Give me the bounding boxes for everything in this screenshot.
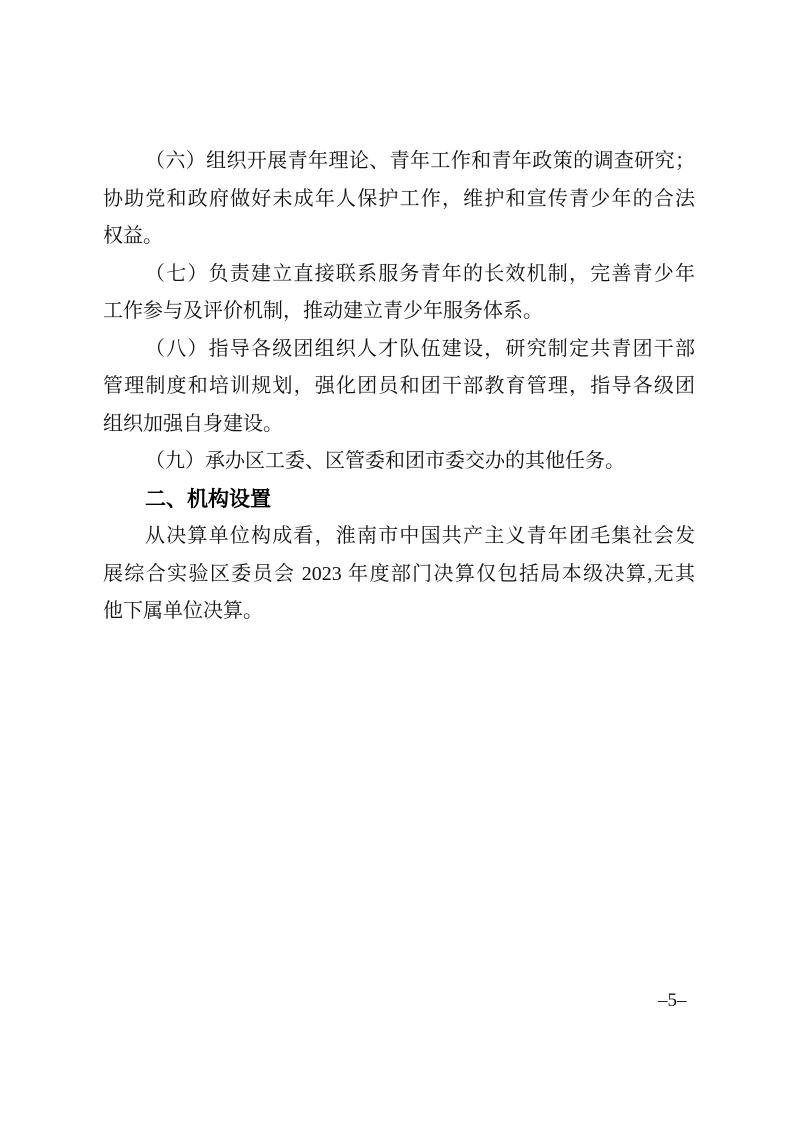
text-line: 从决算单位构成看，淮南市中国共产主义青年团毛集社会发 (103, 518, 695, 556)
paragraph-budget-units: 从决算单位构成看，淮南市中国共产主义青年团毛集社会发 展综合实验区委员会 202… (103, 518, 695, 631)
text-line: 协助党和政府做好未成年人保护工作，维护和宣传青少年的合法 (103, 181, 695, 219)
text-line: （九）承办区工委、区管委和团市委交办的其他任务。 (103, 443, 695, 481)
paragraph-item-9: （九）承办区工委、区管委和团市委交办的其他任务。 (103, 443, 695, 481)
text-line: 权益。 (103, 218, 695, 256)
section-heading-organization-setup: 二、机构设置 (103, 481, 695, 519)
paragraph-item-6: （六）组织开展青年理论、青年工作和青年政策的调查研究； 协助党和政府做好未成年人… (103, 143, 695, 256)
text-line: 展综合实验区委员会 2023 年度部门决算仅包括局本级决算,无其 (103, 556, 695, 594)
text-line: （六）组织开展青年理论、青年工作和青年政策的调查研究； (103, 143, 695, 181)
paragraph-item-8: （八）指导各级团组织人才队伍建设，研究制定共青团干部 管理制度和培训规划，强化团… (103, 331, 695, 444)
text-line: 组织加强自身建设。 (103, 406, 695, 444)
text-line: （八）指导各级团组织人才队伍建设，研究制定共青团干部 (103, 331, 695, 369)
paragraph-item-7: （七）负责建立直接联系服务青年的长效机制，完善青少年 工作参与及评价机制，推动建… (103, 256, 695, 331)
text-line: （七）负责建立直接联系服务青年的长效机制，完善青少年 (103, 256, 695, 294)
page-number: –5– (658, 989, 687, 1013)
text-line: 工作参与及评价机制，推动建立青少年服务体系。 (103, 293, 695, 331)
text-line: 管理制度和培训规划，强化团员和团干部教育管理，指导各级团 (103, 368, 695, 406)
document-page: （六）组织开展青年理论、青年工作和青年政策的调查研究； 协助党和政府做好未成年人… (0, 0, 793, 1122)
document-body: （六）组织开展青年理论、青年工作和青年政策的调查研究； 协助党和政府做好未成年人… (103, 143, 695, 631)
text-line: 他下属单位决算。 (103, 593, 695, 631)
